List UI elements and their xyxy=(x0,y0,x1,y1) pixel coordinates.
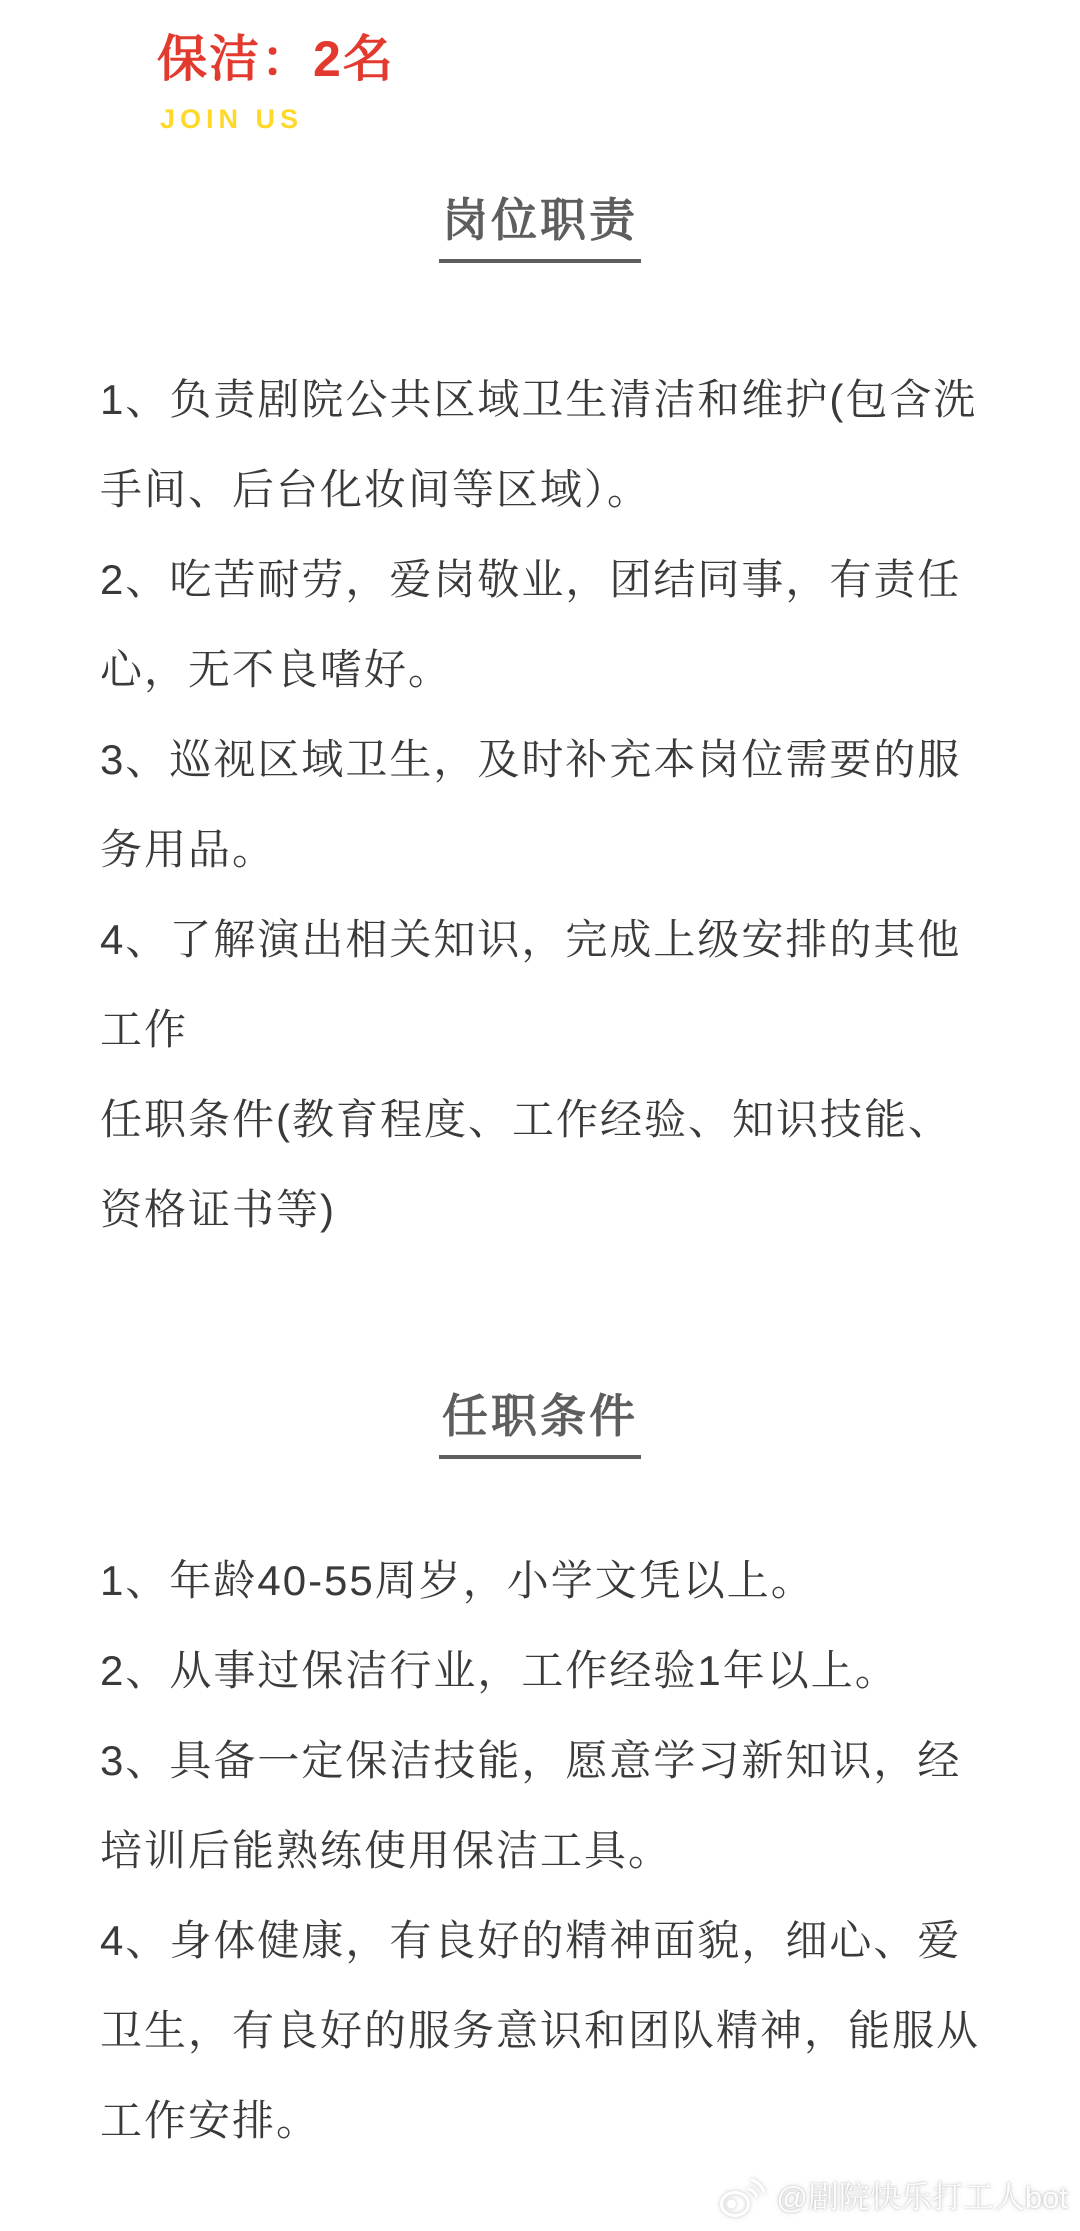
watermark-text: @剧院快乐打工人bot xyxy=(776,2182,1068,2213)
requirement-item: 1、年龄40-55周岁，小学文凭以上。 xyxy=(100,1536,984,1626)
duty-item: 4、了解演出相关知识，完成上级安排的其他工作 xyxy=(100,895,984,1075)
duty-item-note: 任职条件(教育程度、工作经验、知识技能、资格证书等) xyxy=(100,1075,984,1255)
duties-list: 1、负责剧院公共区域卫生清洁和维护(包含洗手间、后台化妆间等区域）。 2、吃苦耐… xyxy=(100,355,984,1255)
duty-item: 3、巡视区域卫生，及时补充本岗位需要的服务用品。 xyxy=(100,715,984,895)
position-headcount-title: 保洁：2名 xyxy=(157,34,395,84)
requirement-item: 2、从事过保洁行业，工作经验1年以上。 xyxy=(100,1626,984,1716)
duty-item: 2、吃苦耐劳，爱岗敬业，团结同事，有责任心，无不良嗜好。 xyxy=(100,535,984,715)
requirement-item: 3、具备一定保洁技能，愿意学习新知识，经培训后能熟练使用保洁工具。 xyxy=(100,1716,984,1896)
duty-item: 1、负责剧院公共区域卫生清洁和维护(包含洗手间、后台化妆间等区域）。 xyxy=(100,355,984,535)
weibo-icon xyxy=(718,2176,766,2218)
join-us-tagline: JOIN US xyxy=(160,106,303,133)
requirements-list: 1、年龄40-55周岁，小学文凭以上。 2、从事过保洁行业，工作经验1年以上。 … xyxy=(100,1536,984,2166)
watermark: @剧院快乐打工人bot xyxy=(718,2176,1068,2218)
requirements-heading-row: 任职条件 xyxy=(0,1390,1080,1459)
requirement-item: 4、身体健康，有良好的精神面貌，细心、爱卫生，有良好的服务意识和团队精神，能服从… xyxy=(100,1896,984,2166)
duties-heading-row: 岗位职责 xyxy=(0,194,1080,263)
section-heading-duties: 岗位职责 xyxy=(439,194,641,263)
job-posting-page: 保洁：2名 JOIN US 岗位职责 1、负责剧院公共区域卫生清洁和维护(包含洗… xyxy=(0,0,1080,2231)
section-heading-requirements: 任职条件 xyxy=(439,1390,641,1459)
